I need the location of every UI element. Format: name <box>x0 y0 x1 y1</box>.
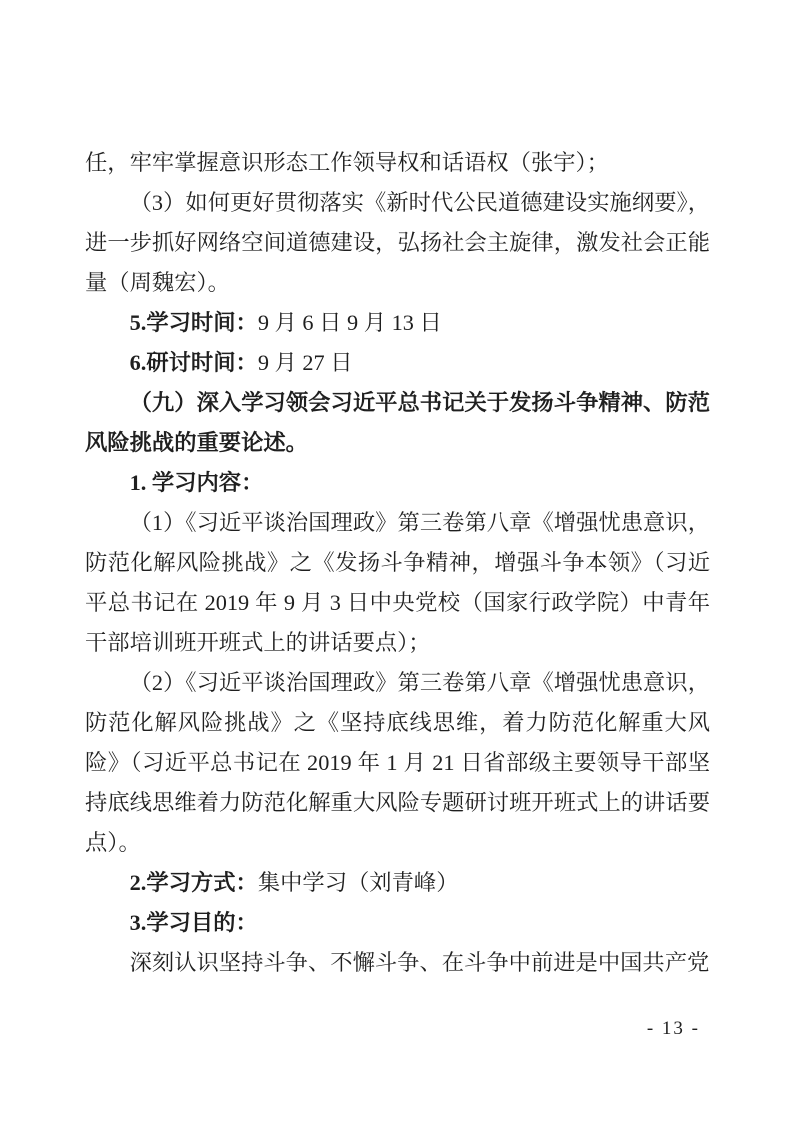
paragraph: 2.学习方式：集中学习（刘青峰） <box>85 863 710 903</box>
text-run: （1）《习近平谈治国理政》第三卷第八章《增强忧患意识，防范化解风险挑战》之《发扬… <box>85 510 710 655</box>
paragraph: 深刻认识坚持斗争、不懈斗争、在斗争中前进是中国共产党 <box>85 943 710 983</box>
text-run: 深刻认识坚持斗争、不懈斗争、在斗争中前进是中国共产党 <box>130 950 710 975</box>
heading-run: 2.学习方式： <box>130 870 258 895</box>
text-run: （2）《习近平谈治国理政》第三卷第八章《增强忧患意识，防范化解风险挑战》之《坚持… <box>85 670 710 855</box>
text-run: 9 月 6 日 9 月 13 日 <box>258 310 442 335</box>
heading-run: 3.学习目的： <box>130 910 258 935</box>
text-run: （3）如何更好贯彻落实《新时代公民道德建设实施纲要》，进一步抓好网络空间道德建设… <box>85 190 710 295</box>
heading-run: （九）深入学习领会习近平总书记关于发扬斗争精神、防范风险挑战的重要论述。 <box>85 390 710 455</box>
text-run: 9 月 27 日 <box>258 350 353 375</box>
paragraph: 6.研讨时间：9 月 27 日 <box>85 343 710 383</box>
paragraph: （1）《习近平谈治国理政》第三卷第八章《增强忧患意识，防范化解风险挑战》之《发扬… <box>85 503 710 663</box>
paragraph: 任，牢牢掌握意识形态工作领导权和话语权（张宇）； <box>85 143 710 183</box>
page-number: - 13 - <box>647 1015 700 1043</box>
heading-run: 1. 学习内容： <box>130 470 264 495</box>
paragraph: 5.学习时间：9 月 6 日 9 月 13 日 <box>85 303 710 343</box>
heading-run: 6.研讨时间： <box>130 350 258 375</box>
paragraph: （2）《习近平谈治国理政》第三卷第八章《增强忧患意识，防范化解风险挑战》之《坚持… <box>85 663 710 863</box>
text-run: 任，牢牢掌握意识形态工作领导权和话语权（张宇）； <box>85 150 609 175</box>
document-body: 任，牢牢掌握意识形态工作领导权和话语权（张宇）；（3）如何更好贯彻落实《新时代公… <box>85 143 710 983</box>
paragraph: 1. 学习内容： <box>85 463 710 503</box>
document-page: 任，牢牢掌握意识形态工作领导权和话语权（张宇）；（3）如何更好贯彻落实《新时代公… <box>0 0 793 1122</box>
paragraph: 3.学习目的： <box>85 903 710 943</box>
paragraph: （九）深入学习领会习近平总书记关于发扬斗争精神、防范风险挑战的重要论述。 <box>85 383 710 463</box>
paragraph: （3）如何更好贯彻落实《新时代公民道德建设实施纲要》，进一步抓好网络空间道德建设… <box>85 183 710 303</box>
heading-run: 5.学习时间： <box>130 310 258 335</box>
text-run: 集中学习（刘青峰） <box>258 870 459 895</box>
